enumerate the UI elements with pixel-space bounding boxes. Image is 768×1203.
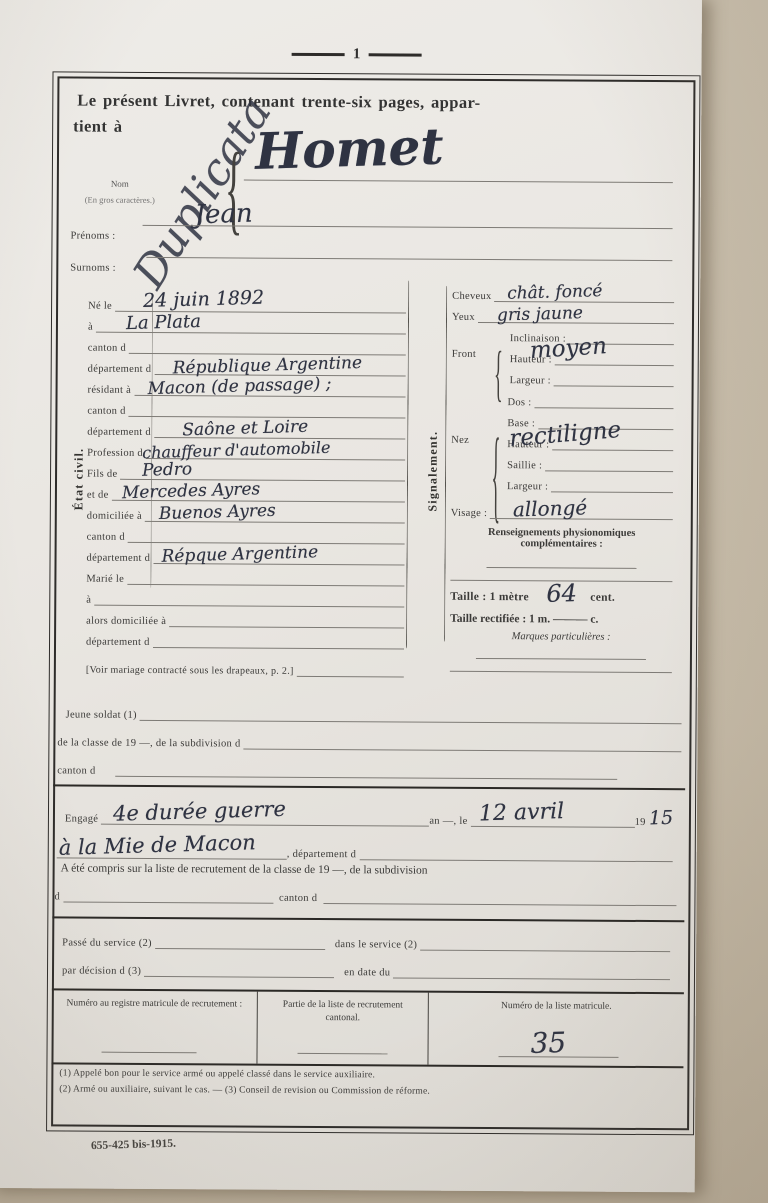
column-divider-left bbox=[406, 281, 409, 649]
engage-place-value: à la Mie de Macon bbox=[59, 832, 256, 859]
service-dans-label: dans le service (2) bbox=[325, 939, 420, 951]
field-line bbox=[127, 563, 404, 587]
complementaires-line2: complémentaires : bbox=[451, 538, 673, 550]
surnoms-line bbox=[146, 257, 672, 261]
rule-left bbox=[292, 53, 345, 56]
service-line2: par décision d (3) en date du bbox=[62, 952, 670, 980]
field-row: canton d bbox=[87, 396, 405, 419]
field-label: et de bbox=[87, 490, 112, 501]
service-dans-line bbox=[420, 926, 670, 953]
engage-prefix: Engagé bbox=[65, 813, 101, 824]
compris-line: A été compris sur la liste de recrutemen… bbox=[61, 862, 677, 878]
mariage-note-row: [Voir mariage contracté sous les drapeau… bbox=[86, 652, 404, 678]
engage-place-label: , département d bbox=[287, 849, 360, 860]
matricule-col1: Numéro au registre matricule de recrutem… bbox=[51, 990, 257, 1063]
engage-place-line: à la Mie de Macon bbox=[57, 825, 287, 859]
engagement-box: Engagé 4e durée guerre an —, le 12 avril… bbox=[52, 784, 685, 910]
field-value: 24 juin 1892 bbox=[143, 289, 265, 311]
field-label: résidant à bbox=[88, 385, 135, 396]
front-row-line bbox=[554, 364, 674, 387]
front-group: Front { Inclinaison : Hauteur : Largeur … bbox=[452, 323, 674, 388]
matricule-col3-header: Numéro de la liste matricule. bbox=[429, 993, 684, 1014]
footnote-1: (1) Appelé bon pour le service armé ou a… bbox=[59, 1068, 681, 1082]
surnoms-label: Surnoms : bbox=[70, 262, 119, 273]
front-value: moyen bbox=[529, 335, 607, 363]
nez-row-line bbox=[534, 386, 673, 409]
prenoms-label: Prénoms : bbox=[70, 230, 118, 241]
service-box: Passé du service (2) dans le service (2)… bbox=[52, 916, 684, 986]
field-line bbox=[94, 584, 404, 608]
engage-mid: an —, le bbox=[429, 816, 470, 827]
service-date-line bbox=[393, 953, 670, 980]
surname-line bbox=[244, 180, 673, 184]
field-label: canton d bbox=[87, 406, 128, 417]
matricule-table: Numéro au registre matricule de recrutem… bbox=[51, 988, 683, 1068]
nez-brace: { bbox=[491, 421, 500, 541]
cheveux-value: chât. foncé bbox=[507, 283, 603, 303]
matricule-col2: Partie de la liste de recrutement canton… bbox=[257, 992, 428, 1065]
engage-year-hw: 15 bbox=[649, 809, 674, 829]
field-row: canton d bbox=[87, 522, 405, 545]
service-decision-line bbox=[144, 952, 334, 978]
marques-blank-line bbox=[476, 658, 646, 660]
print-code: 655-425 bis-1915. bbox=[91, 1138, 176, 1152]
engagement-line2: à la Mie de Macon , département d bbox=[57, 826, 673, 862]
classe-line bbox=[244, 727, 682, 753]
surname-value: Homet bbox=[254, 121, 444, 176]
mariage-note: [Voir mariage contracté sous les drapeau… bbox=[86, 665, 297, 677]
compris-canton-line bbox=[323, 879, 676, 906]
nez-row: Largeur : bbox=[507, 471, 673, 493]
service-passe-label: Passé du service (2) bbox=[62, 937, 155, 949]
signalement-vertical-label: Signalement. bbox=[425, 406, 441, 536]
nom-sublabel: (En gros caractères.) bbox=[85, 195, 155, 205]
field-row: département d bbox=[86, 627, 404, 650]
compris-d-line bbox=[63, 877, 273, 903]
front-row: Largeur : bbox=[510, 365, 674, 387]
etat-civil-column: Né le24 juin 1892 àLa Plata canton d dép… bbox=[86, 291, 406, 678]
service-passe-line bbox=[155, 924, 325, 950]
service-decision-label: par décision d (3) bbox=[62, 965, 144, 977]
yeux-row: Yeuxgris jaune bbox=[452, 302, 674, 324]
marques-label: Marques particulières : bbox=[450, 631, 672, 643]
document-frame: Le présent Livret, contenant trente-six … bbox=[51, 76, 695, 1130]
field-label: à bbox=[88, 322, 96, 333]
compris-line2: d canton d bbox=[54, 878, 676, 906]
photographed-livret-page: 1 Le présent Livret, contenant trente-si… bbox=[0, 0, 768, 1203]
mariage-note-line bbox=[297, 652, 404, 678]
field-label: département d bbox=[86, 637, 153, 648]
classe-label: de la classe de 19 —, de la subdivision … bbox=[57, 737, 243, 749]
signalement-bottom-divider bbox=[450, 671, 672, 673]
nez-row-label: Largeur : bbox=[507, 481, 551, 492]
field-row: et deMercedes Ayres bbox=[87, 480, 405, 503]
canton-line bbox=[115, 754, 617, 780]
field-value: Pedro bbox=[142, 461, 192, 479]
matricule-value: 35 bbox=[530, 1029, 566, 1058]
paper-page: 1 Le présent Livret, contenant trente-si… bbox=[0, 0, 702, 1192]
nez-row-label: Saillie : bbox=[507, 460, 545, 471]
engage-date-value: 12 avril bbox=[478, 801, 564, 825]
matricule-col2-blank bbox=[298, 1053, 388, 1055]
field-line bbox=[169, 605, 404, 628]
field-label: canton d bbox=[87, 532, 128, 543]
field-value: Mercedes Ayres bbox=[122, 481, 261, 502]
taille-value: 64 bbox=[546, 581, 577, 606]
field-line bbox=[153, 626, 404, 650]
footnote-2: (2) Armé ou auxiliaire, suivant le cas. … bbox=[59, 1084, 681, 1098]
service-line1: Passé du service (2) dans le service (2) bbox=[62, 924, 670, 952]
engage-date-line: 12 avril bbox=[471, 794, 635, 828]
field-row: département dSaône et Loire bbox=[87, 417, 405, 440]
header-line2: tient à bbox=[73, 116, 122, 136]
canton-label: canton d bbox=[57, 765, 115, 776]
engage-type-line: 4e durée guerre bbox=[101, 792, 429, 827]
field-line bbox=[128, 521, 405, 545]
page-number-row: 1 bbox=[292, 46, 422, 64]
matricule-col1-header: Numéro au registre matricule de recrutem… bbox=[52, 990, 257, 1011]
complementaires-blank-line bbox=[486, 567, 636, 569]
engage-type-value: 4e durée guerre bbox=[113, 799, 286, 825]
engage-year-printed: 19 bbox=[635, 817, 649, 828]
jeune-soldat-label: Jeune soldat (1) bbox=[66, 709, 140, 720]
nez-row: Dos : bbox=[507, 387, 673, 409]
cheveux-row: Cheveuxchât. foncé bbox=[452, 281, 674, 303]
taille-label: Taille : 1 mètre bbox=[450, 591, 532, 603]
jeune-soldat-row: Jeune soldat (1) bbox=[66, 698, 682, 724]
yeux-label: Yeux bbox=[452, 312, 478, 323]
engage-dept-line bbox=[359, 827, 673, 862]
etat-civil-vertical-label: État civil. bbox=[71, 419, 87, 539]
visage-value: allongé bbox=[513, 497, 588, 519]
matricule-col3: Numéro de la liste matricule. 35 bbox=[428, 993, 683, 1067]
page-number: 1 bbox=[353, 46, 361, 63]
nez-row-label: Dos : bbox=[507, 397, 534, 408]
visage-label: Visage : bbox=[451, 508, 491, 519]
engagement-line1: Engagé 4e durée guerre an —, le 12 avril… bbox=[65, 792, 673, 828]
taille-rectifiee: Taille rectifiée : 1 m. ——— c. bbox=[450, 613, 672, 626]
field-value: Saône et Loire bbox=[182, 419, 308, 440]
nez-group: Nez { Dos : Base : Hauteur : Saillie : L… bbox=[451, 387, 674, 494]
nez-row: Saillie : bbox=[507, 450, 673, 472]
nez-row-line bbox=[545, 449, 673, 472]
column-divider-right bbox=[444, 286, 447, 642]
signalement-column: Cheveuxchât. foncé Yeuxgris jaune Front … bbox=[450, 281, 674, 673]
field-line bbox=[129, 332, 406, 356]
field-label: département d bbox=[87, 427, 154, 438]
visage-row: Visage :allongé bbox=[451, 493, 673, 520]
field-label: canton d bbox=[88, 343, 129, 354]
front-label: Front bbox=[452, 349, 479, 360]
jeune-soldat-line bbox=[140, 698, 682, 724]
matricule-col1-blank bbox=[102, 1052, 197, 1054]
canton-row: canton d bbox=[57, 754, 617, 779]
field-value: Buenos Ayres bbox=[159, 503, 276, 523]
field-label: à bbox=[86, 595, 94, 606]
field-row: alors domiciliée à bbox=[86, 606, 404, 629]
prenoms-value: Jean bbox=[194, 201, 253, 229]
front-row-label: Largeur : bbox=[510, 375, 554, 386]
matricule-col2-header: Partie de la liste de recrutement canton… bbox=[258, 992, 428, 1026]
nez-label: Nez bbox=[451, 435, 472, 446]
nez-row-line bbox=[551, 470, 673, 493]
rule-right bbox=[368, 53, 421, 56]
field-value: La Plata bbox=[126, 313, 201, 333]
field-row: à bbox=[86, 585, 404, 608]
service-date-label: en date du bbox=[334, 967, 393, 978]
field-line bbox=[129, 395, 406, 419]
nom-label: Nom bbox=[111, 179, 129, 189]
compris-canton-label: canton d bbox=[273, 893, 323, 904]
classe-row: de la classe de 19 —, de la subdivision … bbox=[57, 726, 681, 752]
taille-unit: cent. bbox=[590, 592, 618, 604]
taille-row: Taille : 1 mètre 64 cent. bbox=[450, 587, 672, 614]
header-line1: Le présent Livret, contenant trente-six … bbox=[77, 91, 683, 115]
compris-d-label: d bbox=[54, 891, 63, 902]
